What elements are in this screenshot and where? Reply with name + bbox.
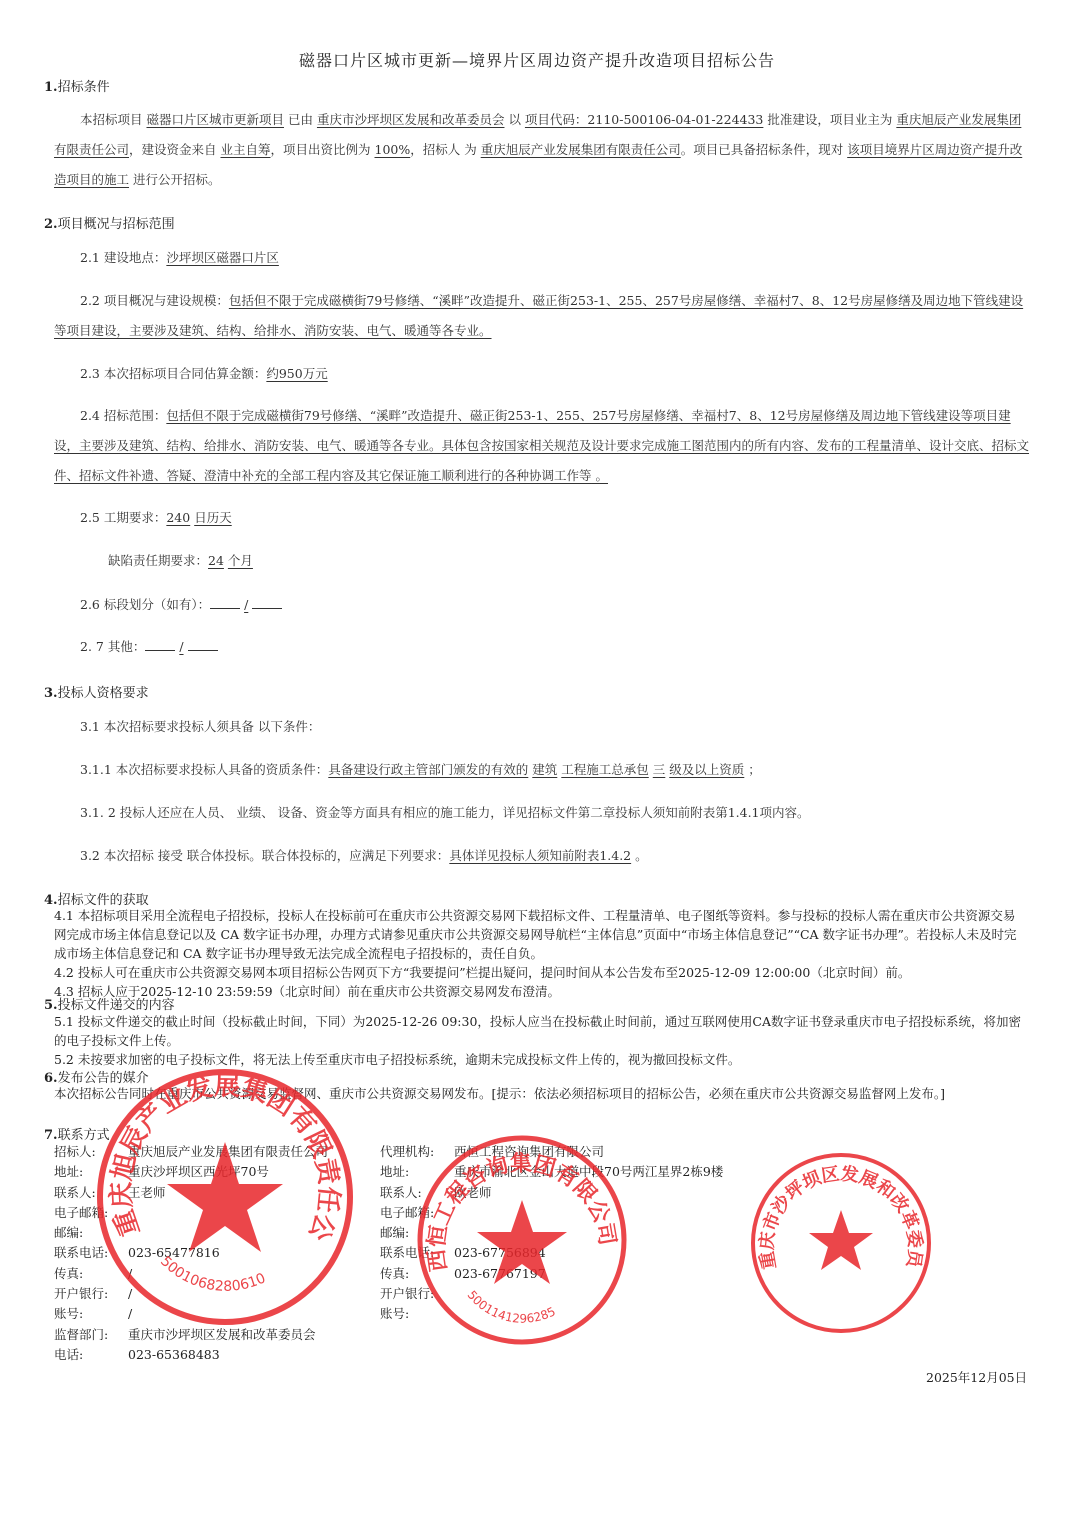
contact-value: /	[128, 1284, 132, 1304]
contact-value: 重庆市沙坪坝区发展和改革委员会	[128, 1325, 316, 1345]
contact-label: 电子邮箱:	[54, 1203, 128, 1223]
contact-value: 重庆市渝北区金山大道中段70号两江星界2栋9楼	[454, 1162, 723, 1182]
contact-value: 欧老师	[454, 1183, 492, 1203]
item-3-1: 3.1 本次招标要求投标人须具备 以下条件：	[80, 712, 320, 742]
contact-row: 传真:023-67767197	[380, 1264, 723, 1284]
section-title: 招标条件	[58, 80, 110, 95]
item-2-7: 2. 7 其他： /	[80, 632, 218, 662]
agency-contact: 代理机构:西恒工程咨询集团有限公司地址:重庆市渝北区金山大道中段70号两江星界2…	[380, 1142, 723, 1325]
item-3-1-1: 3.1.1 本次招标要求投标人具备的资质条件：具备建设行政主管部门颁发的有效的 …	[80, 755, 761, 785]
section-7-heading: 7.联系方式	[44, 1124, 110, 1143]
contact-value: 023-65477816	[128, 1243, 220, 1263]
contact-value: 重庆沙坪坝区西光坪70号	[128, 1162, 269, 1182]
section-2-heading: 2.项目概况与招标范围	[44, 213, 175, 232]
contact-label: 开户银行:	[380, 1284, 454, 1304]
contact-value: 023-67767197	[454, 1264, 546, 1284]
section-5-heading: 5.投标文件递交的内容	[44, 994, 175, 1013]
announcement-date: 2025年12月05日	[926, 1368, 1027, 1386]
tenderer-contact: 招标人:重庆旭辰产业发展集团有限责任公司地址:重庆沙坪坝区西光坪70号联系人:王…	[54, 1142, 328, 1365]
section-1-heading: 1.招标条件	[44, 76, 110, 95]
contact-row: 电话:023-65368483	[54, 1345, 328, 1365]
section-6-body: 本次招标公告同时在重庆市公共资源交易监督网、重庆市公共资源交易网发布。[提示：依…	[54, 1084, 1024, 1103]
section-1-body: 本招标项目 磁器口片区城市更新项目 已由 重庆市沙坪坝区发展和改革委员会 以 项…	[54, 105, 1029, 195]
contact-row: 账号:/	[54, 1304, 328, 1324]
contact-value: 重庆旭辰产业发展集团有限责任公司	[128, 1142, 328, 1162]
contact-row: 传真:/	[54, 1264, 328, 1284]
item-2-1: 2.1 建设地点：沙坪坝区磁器口片区	[80, 243, 279, 273]
contact-value: 023-67756894	[454, 1243, 546, 1263]
contact-label: 监督部门:	[54, 1325, 128, 1345]
contact-label: 联系电话:	[380, 1243, 454, 1263]
item-5-2: 5.2 未按要求加密的电子投标文件，将无法上传至重庆市电子招投标系统，逾期未完成…	[54, 1050, 1024, 1069]
item-2-6: 2.6 标段划分（如有）： /	[80, 590, 282, 620]
contact-row: 邮编:	[54, 1223, 328, 1243]
item-5-1: 5.1 投标文件递交的截止时间（投标截止时间，下同）为2025-12-26 09…	[54, 1012, 1024, 1050]
contact-label: 招标人:	[54, 1142, 128, 1162]
contact-value: 王老师	[128, 1183, 166, 1203]
contact-row: 联系人:王老师	[54, 1183, 328, 1203]
contact-value: 西恒工程咨询集团有限公司	[454, 1142, 604, 1162]
contact-row: 电子邮箱:	[54, 1203, 328, 1223]
contact-label: 电子邮箱:	[380, 1203, 454, 1223]
contact-label: 地址:	[54, 1162, 128, 1182]
contact-row: 开户银行:/	[54, 1284, 328, 1304]
section-3-heading: 3.投标人资格要求	[44, 682, 149, 701]
svg-text:重庆市沙坪坝区发展和改革委员会: 重庆市沙坪坝区发展和改革委员会	[746, 1148, 926, 1271]
item-4-3: 4.3 招标人应于2025-12-10 23:59:59（北京时间）前在重庆市公…	[54, 982, 1024, 1001]
contact-label: 邮编:	[380, 1223, 454, 1243]
contact-label: 邮编:	[54, 1223, 128, 1243]
contact-label: 联系人:	[54, 1183, 128, 1203]
contact-label: 联系电话:	[54, 1243, 128, 1263]
contact-label: 地址:	[380, 1162, 454, 1182]
contact-value: /	[128, 1264, 132, 1284]
defect-period: 缺陷责任期要求：24 个月	[108, 546, 253, 576]
item-2-2: 2.2 项目概况与建设规模：包括但不限于完成磁横街79号修缮、“溪畔”改造提升、…	[54, 286, 1029, 346]
item-2-5: 2.5 工期要求：240 日历天	[80, 503, 232, 533]
contact-row: 电子邮箱:	[380, 1203, 723, 1223]
contact-row: 联系人:欧老师	[380, 1183, 723, 1203]
tender-announcement-page: 磁器口片区城市更新—境界片区周边资产提升改造项目招标公告 1.招标条件 本招标项…	[0, 0, 1074, 1520]
item-2-4: 2.4 招标范围：包括但不限于完成磁横街79号修缮、“溪畔”改造提升、磁正街25…	[54, 401, 1029, 491]
item-4-2: 4.2 投标人可在重庆市公共资源交易网本项目招标公告网页下方“我要提问”栏提出疑…	[54, 963, 1024, 982]
contact-label: 传真:	[380, 1264, 454, 1284]
item-3-2: 3.2 本次招标 接受 联合体投标。联合体投标的，应满足下列要求：具体详见投标人…	[80, 841, 648, 871]
contact-label: 账号:	[380, 1304, 454, 1324]
contact-label: 联系人:	[380, 1183, 454, 1203]
contact-row: 邮编:	[380, 1223, 723, 1243]
contact-value: 023-65368483	[128, 1345, 220, 1365]
contact-label: 电话:	[54, 1345, 128, 1365]
item-2-3: 2.3 本次招标项目合同估算金额：约950万元	[80, 359, 328, 389]
contact-row: 地址:重庆市渝北区金山大道中段70号两江星界2栋9楼	[380, 1162, 723, 1182]
government-seal-icon: 重庆市沙坪坝区发展和改革委员会	[746, 1148, 936, 1338]
contact-label: 账号:	[54, 1304, 128, 1324]
section-4-body: 4.1 本招标项目采用全流程电子招投标，投标人在投标前可在重庆市公共资源交易网下…	[54, 906, 1024, 1001]
contact-row: 账号:	[380, 1304, 723, 1324]
contact-label: 开户银行:	[54, 1284, 128, 1304]
contact-label: 传真:	[54, 1264, 128, 1284]
contact-row: 招标人:重庆旭辰产业发展集团有限责任公司	[54, 1142, 328, 1162]
contact-label: 代理机构:	[380, 1142, 454, 1162]
contact-row: 开户银行:	[380, 1284, 723, 1304]
page-title: 磁器口片区城市更新—境界片区周边资产提升改造项目招标公告	[0, 48, 1074, 71]
contact-row: 地址:重庆沙坪坝区西光坪70号	[54, 1162, 328, 1182]
section-number: 1.	[44, 80, 58, 95]
item-4-1: 4.1 本招标项目采用全流程电子招投标，投标人在投标前可在重庆市公共资源交易网下…	[54, 906, 1024, 963]
contact-row: 联系电话:023-67756894	[380, 1243, 723, 1263]
contact-value: /	[128, 1304, 132, 1324]
contact-row: 联系电话:023-65477816	[54, 1243, 328, 1263]
contact-row: 代理机构:西恒工程咨询集团有限公司	[380, 1142, 723, 1162]
contact-row: 监督部门:重庆市沙坪坝区发展和改革委员会	[54, 1325, 328, 1345]
section-5-body: 5.1 投标文件递交的截止时间（投标截止时间，下同）为2025-12-26 09…	[54, 1012, 1024, 1069]
item-3-1-2: 3.1. 2 投标人还应在人员、 业绩、 设备、资金等方面具有相应的施工能力，详…	[80, 798, 810, 828]
